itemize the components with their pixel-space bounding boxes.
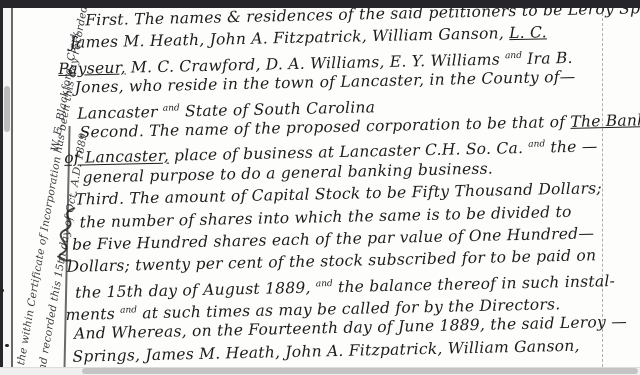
- document-page: the within Certificate of Incorporation …: [13, 8, 640, 367]
- ink-speck: [1, 289, 4, 292]
- page-left-border: [11, 8, 13, 368]
- ink-speck: [5, 344, 9, 347]
- window-top-bar: [0, 0, 640, 8]
- manuscript-lines: First. The names & residences of the sai…: [57, 8, 625, 367]
- vertical-scrollbar-thumb[interactable]: [4, 86, 10, 132]
- vertical-scrollbar-track[interactable]: [3, 8, 11, 367]
- horizontal-scrollbar-thumb[interactable]: [82, 368, 638, 374]
